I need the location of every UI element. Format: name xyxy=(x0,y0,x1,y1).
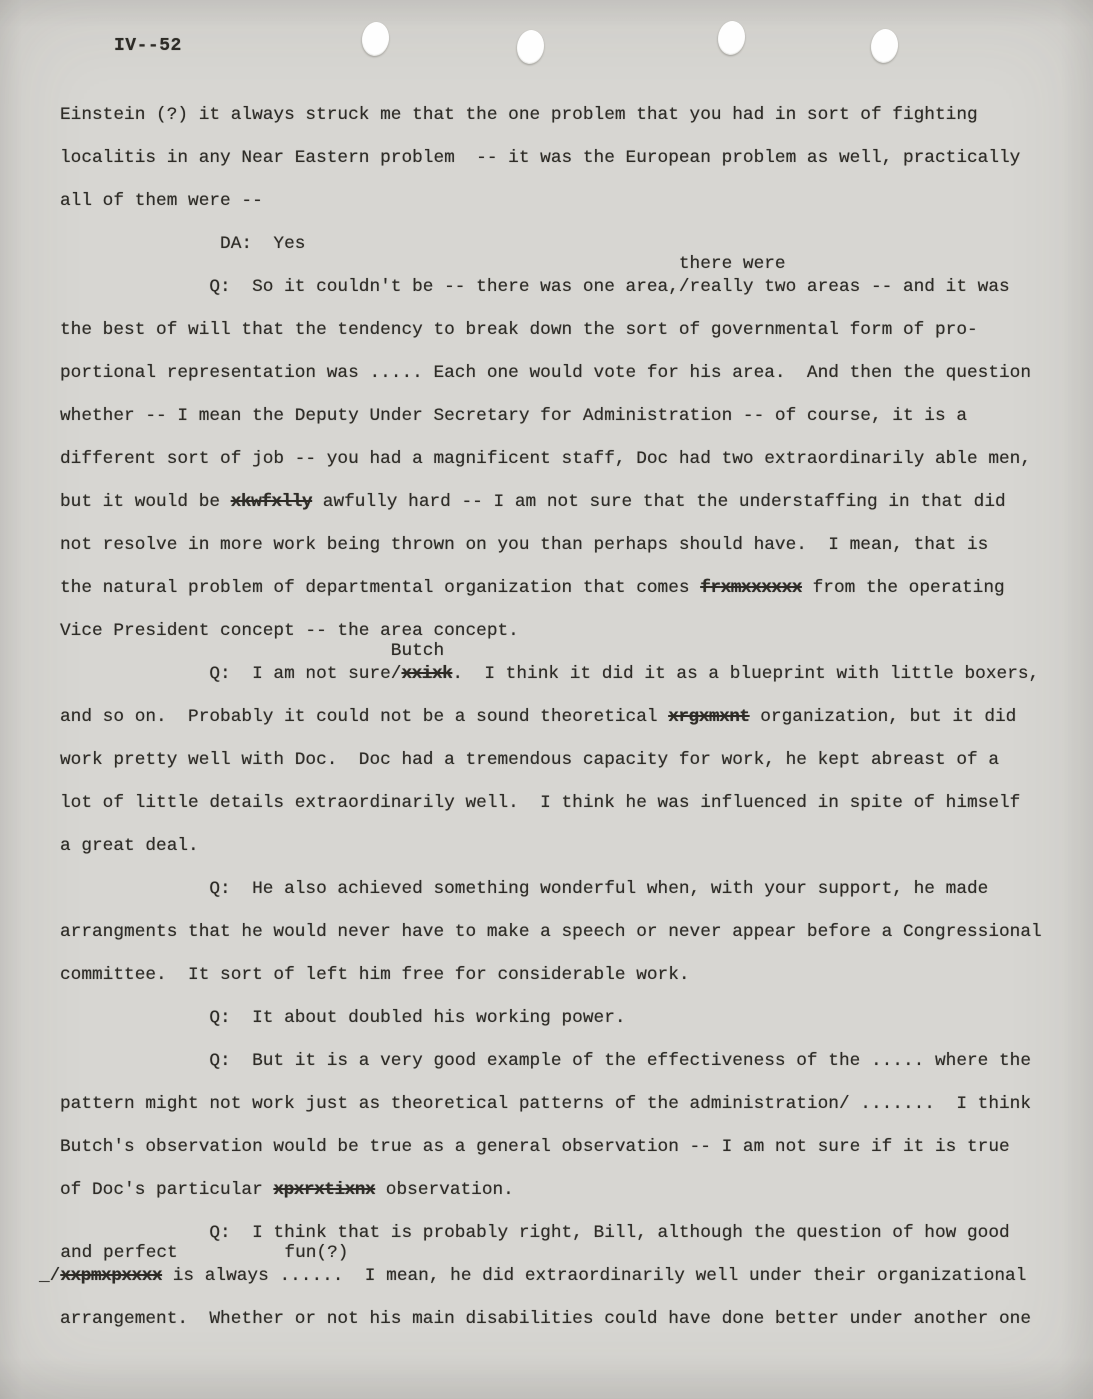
text-segment: is always ...... I mean, he did extraord… xyxy=(162,1266,1026,1286)
text-line: different sort of job -- you had a magni… xyxy=(60,438,1073,481)
strikethrough-text: xxpmxpxxxx xyxy=(60,1266,162,1286)
text-line: Butch Q: I am not sure/xxixk. I think it… xyxy=(60,653,1073,696)
text-segment: not resolve in more work being thrown on… xyxy=(60,535,988,555)
text-segment: observation. xyxy=(375,1180,514,1200)
punch-hole xyxy=(360,20,391,57)
text-segment: the natural problem of departmental orga… xyxy=(60,578,700,598)
text-segment: lot of little details extraordinarily we… xyxy=(60,793,1020,813)
text-segment: and so on. Probably it could not be a so… xyxy=(60,707,668,727)
text-segment: but it would be xyxy=(60,492,231,512)
text-line: portional representation was ..... Each … xyxy=(60,352,1073,395)
text-segment: Einstein (?) it always struck me that th… xyxy=(60,105,978,125)
page: IV--52 Einstein (?) it always struck me … xyxy=(0,0,1093,1399)
text-segment: arrangments that he would never have to … xyxy=(60,922,1042,942)
text-segment: organization, but it did xyxy=(750,707,1017,727)
text-line: Q: It about doubled his working power. xyxy=(60,997,1073,1040)
text-line: and perfect fun(?)_/xxpmxpxxxx is always… xyxy=(39,1255,1073,1298)
text-segment: the best of will that the tendency to br… xyxy=(60,320,978,340)
text-segment: Q: I think that is probably right, Bill,… xyxy=(60,1223,1010,1243)
strikethrough-text: xrgxmxnt xyxy=(668,707,749,727)
text-line: there were Q: So it couldn't be -- there… xyxy=(60,266,1073,309)
text-line: arrangement. Whether or not his main dis… xyxy=(60,1298,1073,1341)
text-line: not resolve in more work being thrown on… xyxy=(60,524,1073,567)
page-number-label: IV--52 xyxy=(114,36,182,56)
text-line: pattern might not work just as theoretic… xyxy=(60,1083,1073,1126)
text-line: committee. It sort of left him free for … xyxy=(60,954,1073,997)
strikethrough-text: xpxrxtixnx xyxy=(273,1180,375,1200)
text-segment: pattern might not work just as theoretic… xyxy=(60,1094,1031,1114)
text-segment: Q: But it is a very good example of the … xyxy=(60,1051,1031,1071)
text-line: Butch's observation would be true as a g… xyxy=(60,1126,1073,1169)
text-line: localitis in any Near Eastern problem --… xyxy=(60,137,1073,180)
interlinear-insert: and perfect fun(?) xyxy=(39,1243,348,1263)
text-line: and so on. Probably it could not be a so… xyxy=(60,696,1073,739)
text-segment: Q: I am not sure/ xyxy=(60,664,401,684)
text-line: Q: He also achieved something wonderful … xyxy=(60,868,1073,911)
interlinear-insert: Butch xyxy=(60,641,444,661)
text-segment: _/ xyxy=(39,1266,60,1286)
text-line: all of them were -- xyxy=(60,180,1073,223)
text-segment: . I think it did it as a blueprint with … xyxy=(452,664,1039,684)
text-segment: localitis in any Near Eastern problem --… xyxy=(60,148,1020,168)
text-segment: a great deal. xyxy=(60,836,199,856)
text-line: the natural problem of departmental orga… xyxy=(60,567,1073,610)
text-segment: Butch's observation would be true as a g… xyxy=(60,1137,1010,1157)
text-line: a great deal. xyxy=(60,825,1073,868)
text-segment: Q: He also achieved something wonderful … xyxy=(60,879,988,899)
text-segment: committee. It sort of left him free for … xyxy=(60,965,690,985)
text-line: Q: But it is a very good example of the … xyxy=(60,1040,1073,1083)
text-segment: awfully hard -- I am not sure that the u… xyxy=(312,492,1006,512)
punch-hole xyxy=(515,28,546,65)
text-segment: Q: So it couldn't be -- there was one ar… xyxy=(60,277,1010,297)
text-segment: arrangement. Whether or not his main dis… xyxy=(60,1309,1031,1329)
text-segment: different sort of job -- you had a magni… xyxy=(60,449,1031,469)
text-line: Einstein (?) it always struck me that th… xyxy=(60,94,1073,137)
strikethrough-text: xkwfxlly xyxy=(231,492,312,512)
text-line: the best of will that the tendency to br… xyxy=(60,309,1073,352)
interlinear-insert: there were xyxy=(60,254,786,274)
text-segment: all of them were -- xyxy=(60,191,263,211)
punch-hole xyxy=(716,19,747,56)
punch-hole xyxy=(869,27,900,64)
text-segment: from the operating xyxy=(802,578,1005,598)
text-segment: Q: It about doubled his working power. xyxy=(60,1008,626,1028)
text-line: but it would be xkwfxlly awfully hard --… xyxy=(60,481,1073,524)
text-segment: Vice President concept -- the area conce… xyxy=(60,621,519,641)
text-line: whether -- I mean the Deputy Under Secre… xyxy=(60,395,1073,438)
text-line: of Doc's particular xpxrxtixnx observati… xyxy=(60,1169,1073,1212)
text-line: arrangments that he would never have to … xyxy=(60,911,1073,954)
text-body: Einstein (?) it always struck me that th… xyxy=(60,94,1073,1341)
text-line: work pretty well with Doc. Doc had a tre… xyxy=(60,739,1073,782)
text-segment: of Doc's particular xyxy=(60,1180,273,1200)
text-line: lot of little details extraordinarily we… xyxy=(60,782,1073,825)
text-segment: whether -- I mean the Deputy Under Secre… xyxy=(60,406,967,426)
strikethrough-text: frxmxxxxxx xyxy=(700,578,802,598)
text-segment: portional representation was ..... Each … xyxy=(60,363,1031,383)
text-segment: DA: Yes xyxy=(60,234,305,254)
strikethrough-text: xxixk xyxy=(401,664,452,684)
text-segment: work pretty well with Doc. Doc had a tre… xyxy=(60,750,999,770)
